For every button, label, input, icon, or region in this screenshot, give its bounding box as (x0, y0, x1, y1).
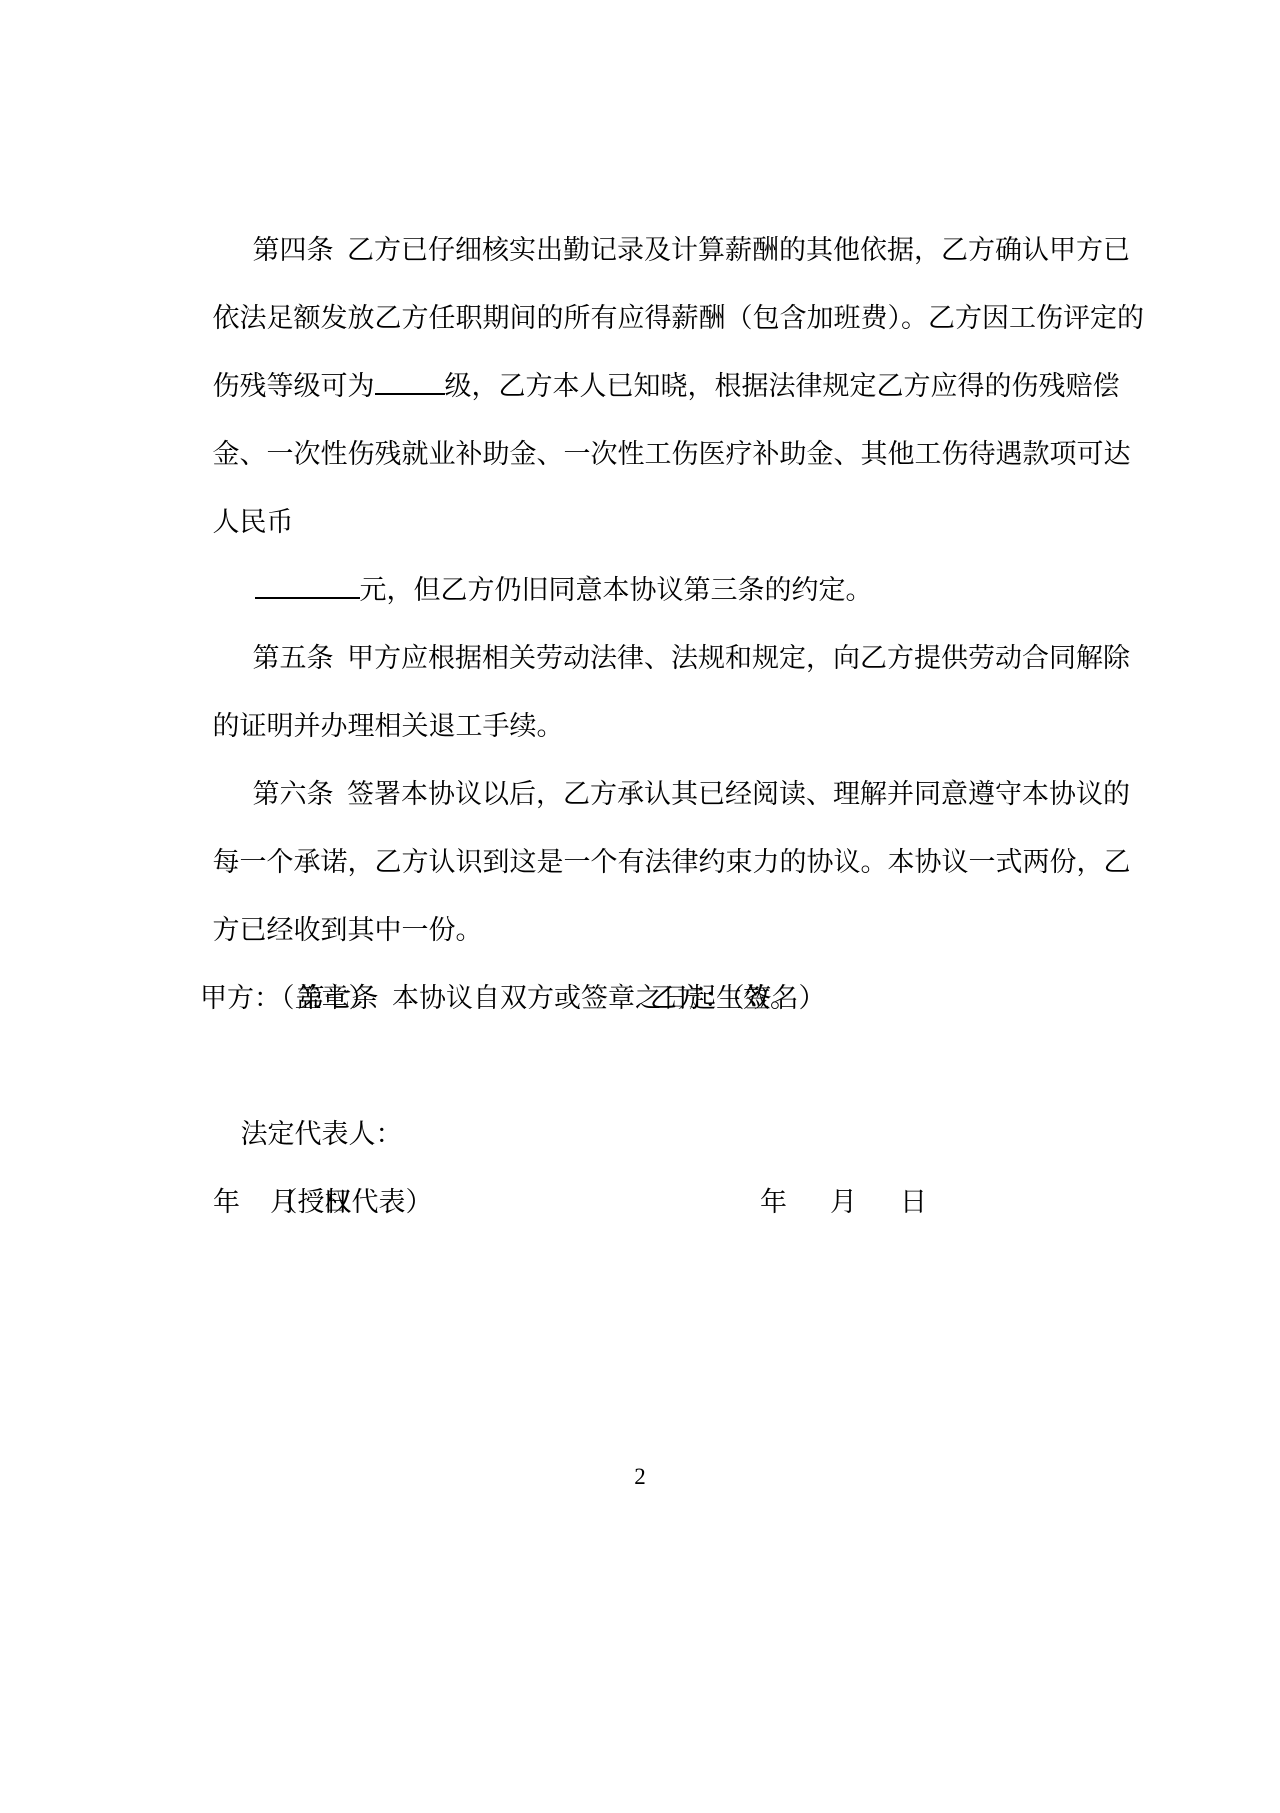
clause4-line2: 依法足额发放乙方任职期间的所有应得薪酬（包含加班费）。乙方因工伤评定的 (172, 216, 1112, 284)
authorized-representative-row: （授权代表） (172, 1100, 1112, 1168)
clause5-line1: 第五条 甲方应根据相关劳动法律、法规和规定，向乙方提供劳动合同解除 (172, 556, 1112, 624)
clause4-line1: 第四条 乙方已仔细核实出勤记录及计算薪酬的其他依据，乙方确认甲方已 (172, 148, 1112, 216)
clause6-line2: 每一个承诺，乙方认识到这是一个有法律约束力的协议。本协议一式两份，乙 (172, 760, 1112, 828)
page-number: 2 (0, 1462, 1280, 1492)
party-b-date-day-label: 日 (900, 1168, 927, 1236)
date-row: 年 月 日 年 月 日 (172, 1168, 1112, 1236)
document-content: 第四条 乙方已仔细核实出勤记录及计算薪酬的其他依据，乙方确认甲方已 依法足额发放… (172, 148, 1112, 1236)
clause5-line2: 的证明并办理相关退工手续。 (172, 624, 1112, 692)
party-b-date-year-label: 年 (760, 1168, 787, 1236)
party-a-date-day-label: 日 (322, 1168, 349, 1236)
party-b-date-month-label: 月 (830, 1168, 857, 1236)
clause4-line3: 伤残等级可为级，乙方本人已知晓，根据法律规定乙方应得的伤残赔偿 (172, 284, 1112, 352)
signature-parties-row: 甲方：（盖章） 乙方：（签名） (172, 964, 1112, 1032)
clause7-line1: 第七条 本协议自双方或签章之日起生效。 (172, 896, 1112, 964)
clause6-line1: 第六条 签署本协议以后，乙方承认其已经阅读、理解并同意遵守本协议的 (172, 692, 1112, 760)
party-a-date-year-label: 年 (213, 1168, 240, 1236)
party-a-seal-label: 甲方：（盖章） (200, 964, 376, 1032)
clause4-line5: 人民币 (172, 420, 1112, 488)
legal-representative-row: 法定代表人： (172, 1032, 1112, 1100)
clause4-line6: 元，但乙方仍旧同意本协议第三条的约定。 (172, 488, 1112, 556)
clause6-line3: 方已经收到其中一份。 (172, 828, 1112, 896)
clause4-line4: 金、一次性伤残就业补助金、一次性工伤医疗补助金、其他工伤待遇款项可达 (172, 352, 1112, 420)
party-a-date-month-label: 月 (270, 1168, 297, 1236)
party-b-signature-label: 乙方：（签名） (650, 964, 826, 1032)
document-page: 第四条 乙方已仔细核实出勤记录及计算薪酬的其他依据，乙方确认甲方已 依法足额发放… (0, 0, 1280, 1813)
